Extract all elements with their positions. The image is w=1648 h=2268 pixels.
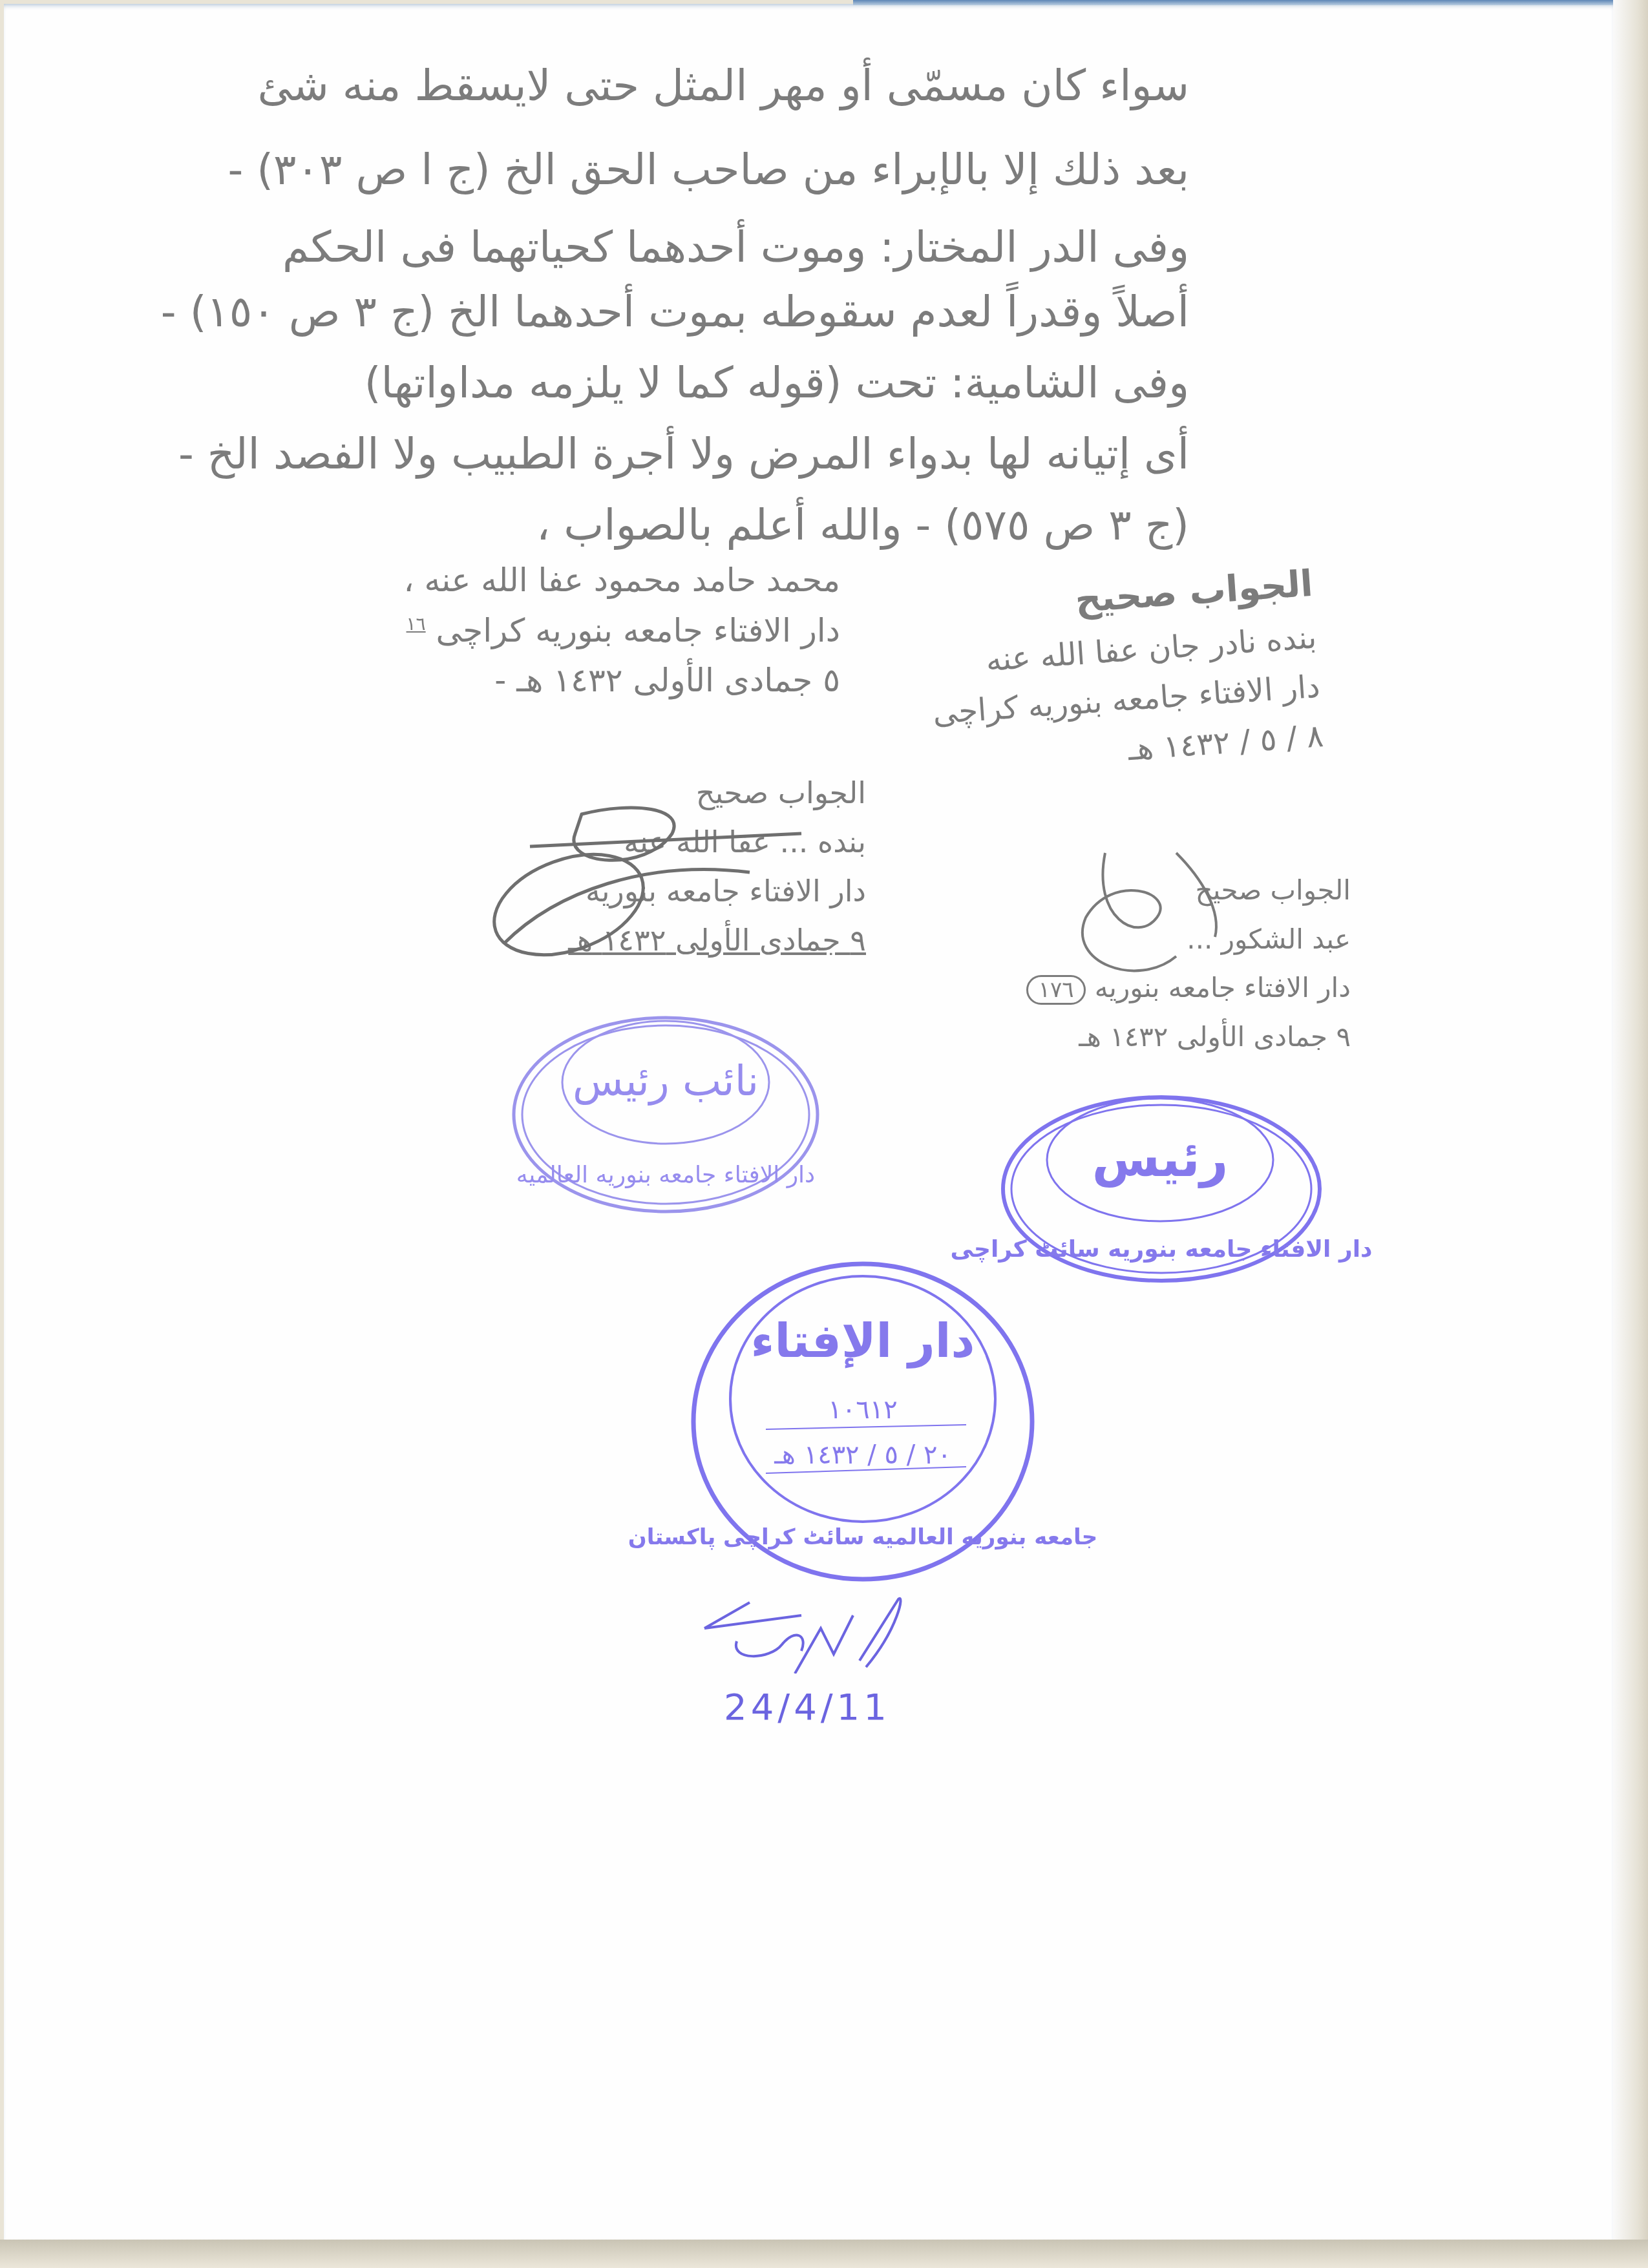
endorsement-1: الجواب صحيح بنده نادر جان عفا الله عنه د… (911, 555, 1326, 789)
body-line: وفى الشامية: تحت (قوله كما لا يلزمه مداو… (364, 362, 1189, 404)
stamp-ring-text: جامعه بنوريه العالميه سائٹ كراچى پاكستان (628, 1524, 1098, 1550)
stamp-date: ٢٠ / ٥ / ١٤٣٢ هـ (774, 1440, 951, 1470)
body-line: وفى الدر المختار: وموت أحدهما كحياتهما ف… (282, 226, 1189, 269)
author-institution: دار الافتاء جامعه بنوريه كراچى ١٦ (388, 606, 840, 656)
fatwa-body: سواء كان مسمّى أو مهر المثل حتى لايسقط م… (362, 26, 1189, 543)
scan-top-edge (853, 0, 1648, 5)
stamp-raees: رئيس دار الافتاء جامعه بنوريه سائٹ كراچى (998, 1092, 1325, 1286)
stamp-darul-ifta: دار الإفتاء ١٠٦١٢ ٢٠ / ٥ / ١٤٣٢ هـ جامعه… (688, 1260, 1037, 1583)
author-signature-block: محمد حامد محمود عفا الله عنه ، دار الافت… (388, 556, 840, 706)
stamp-center-text: رئيس (1092, 1130, 1229, 1188)
stamp-ring-text: دار الافتاء جامعه بنوريه سائٹ كراچى (951, 1236, 1373, 1263)
scan-right-edge (1613, 0, 1648, 2268)
stamp-ring-text: دار الافتاء جامعه بنوريه العالميه (516, 1162, 815, 1188)
scan-bottom-edge (0, 2240, 1648, 2268)
body-line: أى إتيانه لها بدواء المرض ولا أجرة الطبي… (178, 433, 1189, 476)
stamp-naib-raees: نائب رئيس دار الافتاء جامعه بنوريه العال… (507, 1008, 824, 1218)
endorsement-date: ٩ جمادى الأولى ١٤٣٢ هـ (950, 1013, 1351, 1062)
blue-signature-scrawl-icon (692, 1590, 937, 1674)
author-ref-number: ١٦ (407, 613, 426, 635)
stamp-center-text: نائب رئيس (573, 1058, 759, 1106)
body-line: سواء كان مسمّى أو مهر المثل حتى لايسقط م… (258, 65, 1190, 107)
author-name: محمد حامد محمود عفا الله عنه ، (388, 556, 840, 606)
body-line: أصلاً وقدراً لعدم سقوطه بموت أحدهما الخ … (161, 291, 1189, 333)
signature-scrawl-icon (478, 795, 814, 989)
stamp-title: دار الإفتاء (751, 1314, 975, 1369)
stamp-number: ١٠٦١٢ (828, 1395, 897, 1425)
body-line: (ج ٣ ص ٥٧٥) - والله أعلم بالصواب ، (536, 504, 1189, 547)
final-date: 24/4/11 (724, 1686, 891, 1728)
signature-scrawl-icon (1008, 840, 1254, 1008)
body-line: بعد ذلك إلا بالإبراء من صاحب الحق الخ (ج… (228, 149, 1189, 191)
author-date: ٥ جمادى الأولى ١٤٣٢ هـ - (388, 656, 840, 706)
